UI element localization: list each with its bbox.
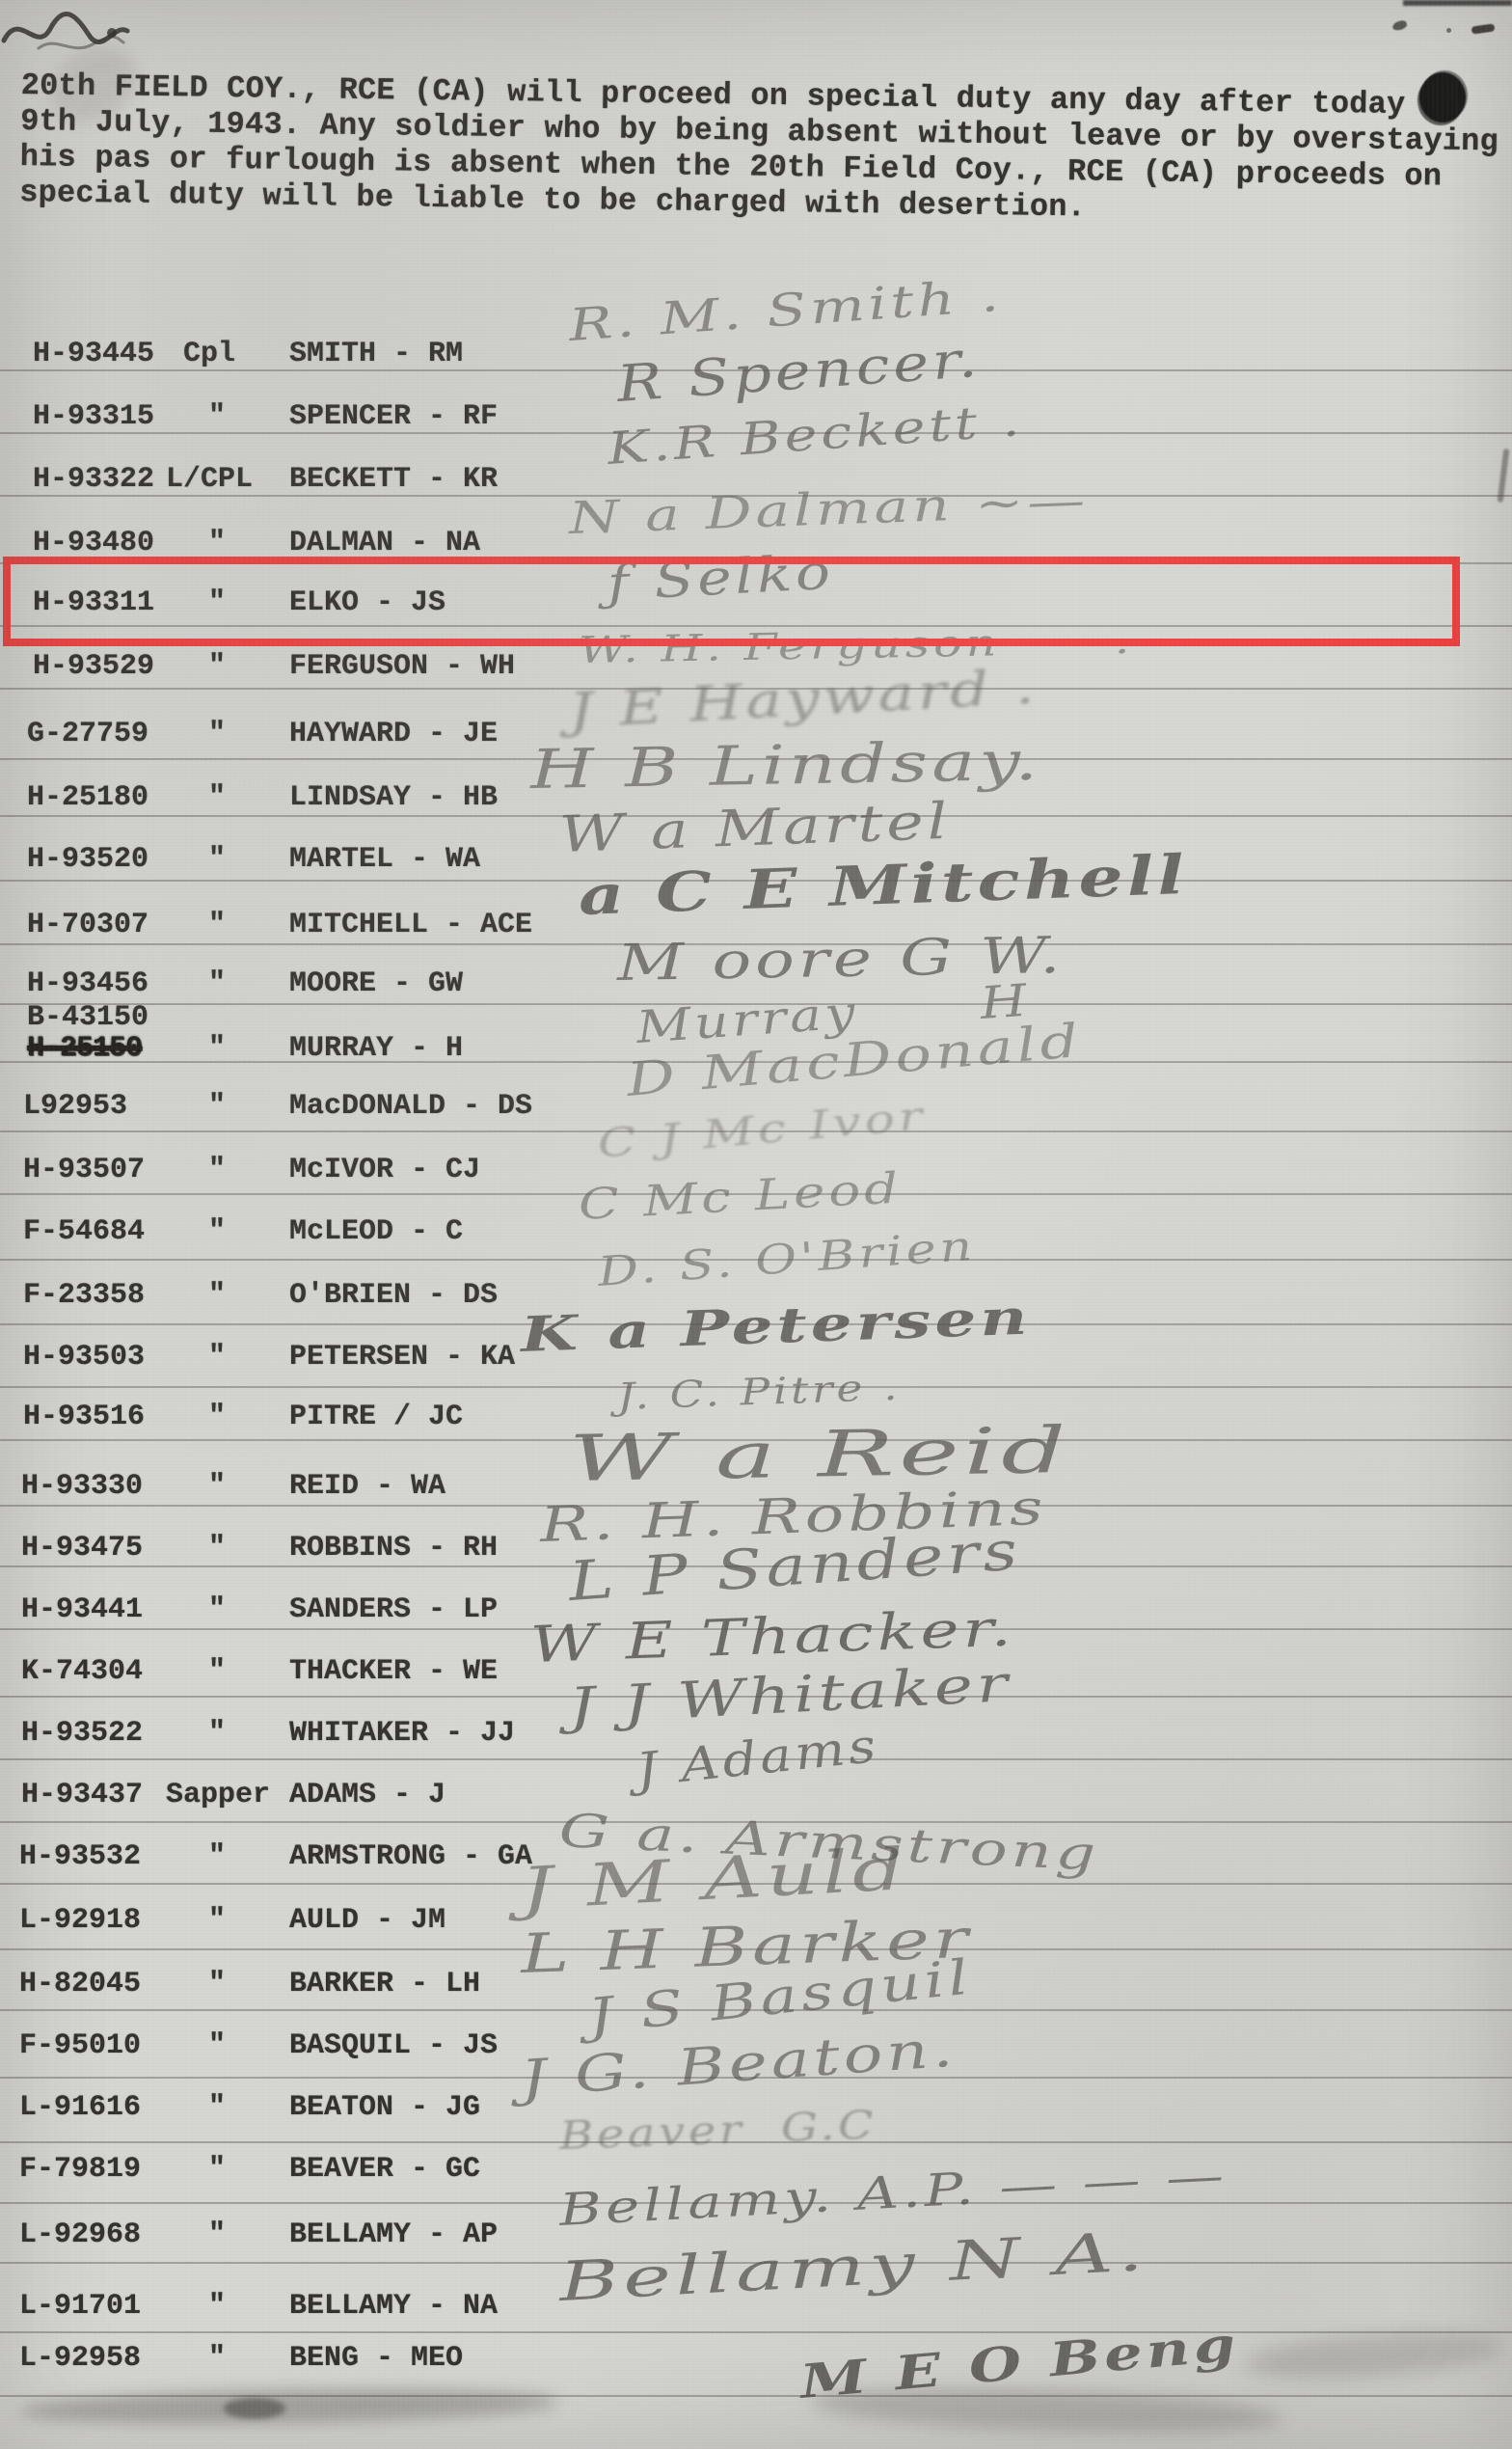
ditto-mark: "	[208, 1532, 226, 1565]
ink-blob-mark	[1419, 72, 1466, 122]
service-number: H-93532	[19, 1840, 141, 1873]
soldier-name: BEAVER - GC	[289, 2153, 480, 2186]
ruled-line	[0, 2331, 1512, 2333]
service-number: F-95010	[19, 2029, 141, 2062]
ditto-mark: "	[208, 909, 226, 941]
service-number-correction: B-43150	[27, 1001, 148, 1034]
soldier-name: WHITAKER - JJ	[289, 1717, 515, 1750]
bottom-blot-mark	[224, 2398, 285, 2419]
soldier-name: BEATON - JG	[289, 2091, 480, 2124]
soldier-name: HAYWARD - JE	[289, 718, 498, 750]
soldier-name: SANDERS - LP	[289, 1593, 498, 1626]
soldier-name: LINDSAY - HB	[289, 781, 498, 814]
soldier-name: BECKETT - KR	[289, 463, 498, 496]
service-number: L-92918	[19, 1904, 141, 1937]
service-number: H-93475	[21, 1532, 143, 1565]
soldier-name: THACKER - WE	[289, 1655, 498, 1688]
bottom-smudge-mark	[19, 2385, 560, 2428]
soldier-name: PITRE / JC	[289, 1401, 463, 1433]
soldier-name: SPENCER - RF	[289, 400, 498, 433]
service-number: H-25180	[27, 781, 148, 814]
ditto-mark: "	[208, 2091, 226, 2124]
service-number: H-93445	[33, 338, 154, 370]
service-number: H-93507	[23, 1154, 145, 1186]
ditto-mark: "	[208, 2218, 226, 2251]
ditto-mark: "	[208, 1401, 226, 1433]
ditto-mark: "	[208, 1341, 226, 1374]
soldier-name: AULD - JM	[289, 1904, 445, 1937]
order-paragraph: 20th FIELD COY., RCE (CA) will proceed o…	[19, 68, 1512, 231]
ditto-mark: "	[208, 967, 226, 1000]
ditto-mark: "	[208, 781, 226, 814]
service-number: L-91701	[19, 2290, 141, 2323]
service-number: H-93522	[21, 1717, 143, 1750]
soldier-name: REID - WA	[289, 1470, 445, 1503]
scanned-document-page: 20th FIELD COY., RCE (CA) will proceed o…	[0, 0, 1512, 2449]
soldier-name: MITCHELL - ACE	[289, 909, 532, 941]
soldier-name: BELLAMY - AP	[289, 2218, 498, 2251]
rank-label: Cpl	[183, 338, 235, 370]
ditto-mark: "	[208, 1840, 226, 1873]
ditto-mark: "	[208, 1470, 226, 1503]
ditto-mark: "	[208, 1215, 226, 1248]
soldier-name: BARKER - LH	[289, 1968, 480, 2000]
soldier-name: FERGUSON - WH	[289, 650, 515, 683]
soldier-name: DALMAN - NA	[289, 527, 480, 559]
ditto-mark: "	[208, 1904, 226, 1937]
ditto-mark: "	[208, 2342, 226, 2375]
service-number: F-79819	[19, 2153, 141, 2186]
service-number: H-70307	[27, 909, 148, 941]
service-number: F-23358	[23, 1279, 145, 1312]
service-number: L-92958	[19, 2342, 141, 2375]
service-number: H-93480	[33, 527, 154, 559]
soldier-name: ARMSTRONG - GA	[289, 1840, 532, 1873]
signature: J. C. Pitre .	[616, 1366, 902, 1418]
soldier-name: McLEOD - C	[289, 1215, 463, 1248]
soldier-name: SMITH - RM	[289, 338, 463, 370]
signature: H B Lindsay.	[529, 730, 1041, 802]
service-number: H-25150	[27, 1032, 142, 1065]
pencil-tick-mark	[1391, 19, 1408, 32]
service-number: H-93322	[33, 463, 154, 496]
service-number: L-92968	[19, 2218, 141, 2251]
ditto-mark: "	[208, 718, 226, 750]
bottom-smudge-mark	[809, 2381, 1282, 2438]
ditto-mark: "	[208, 1968, 226, 2000]
service-number: H-93503	[23, 1341, 145, 1374]
rank-label: Sapper	[166, 1779, 270, 1811]
service-number: H-93437	[21, 1779, 143, 1811]
roster-row: L-91701"BELLAMY - NABellamy N A.	[0, 2290, 1512, 2328]
ditto-mark: "	[208, 2029, 226, 2062]
service-number: H-93330	[21, 1470, 143, 1503]
soldier-name: MARTEL - WA	[289, 843, 480, 876]
ditto-mark: "	[208, 1032, 226, 1065]
service-number: H-93315	[33, 400, 154, 433]
ditto-mark: "	[208, 2153, 226, 2186]
service-number: H-93441	[21, 1593, 143, 1626]
ditto-mark: "	[208, 1279, 226, 1312]
service-number: H-93516	[23, 1401, 145, 1433]
ditto-mark: "	[208, 650, 226, 683]
soldier-name: ADAMS - J	[289, 1779, 445, 1811]
soldier-name: O'BRIEN - DS	[289, 1279, 498, 1312]
ditto-mark: "	[208, 1593, 226, 1626]
ditto-mark: "	[208, 1655, 226, 1688]
soldier-name: BENG - MEO	[289, 2342, 463, 2375]
ditto-mark: "	[208, 1717, 226, 1750]
soldier-name: MacDONALD - DS	[289, 1090, 532, 1123]
soldier-name: PETERSEN - KA	[289, 1341, 515, 1374]
ditto-mark: "	[208, 1154, 226, 1186]
service-number: H-93456	[27, 967, 148, 1000]
top-edge-shadow	[1403, 0, 1512, 6]
soldier-name: MOORE - GW	[289, 967, 463, 1000]
soldier-name: ROBBINS - RH	[289, 1532, 498, 1565]
soldier-name: BELLAMY - NA	[289, 2290, 498, 2323]
soldier-name: BASQUIL - JS	[289, 2029, 498, 2062]
service-number: H-93520	[27, 843, 148, 876]
service-number: H-82045	[19, 1968, 141, 2000]
rank-label: L/CPL	[166, 463, 253, 496]
ditto-mark: "	[208, 843, 226, 876]
soldier-name: McIVOR - CJ	[289, 1154, 480, 1186]
ditto-mark: "	[208, 2290, 226, 2323]
ditto-mark: "	[208, 527, 226, 559]
service-number: H-93529	[33, 650, 154, 683]
service-number: K-74304	[21, 1655, 143, 1688]
pencil-dot-mark	[1446, 28, 1451, 33]
soldier-name: MURRAY - H	[289, 1032, 463, 1065]
service-number: L92953	[23, 1090, 127, 1123]
service-number: F-54684	[23, 1215, 145, 1248]
service-number: L-91616	[19, 2091, 141, 2124]
highlight-rectangle	[3, 557, 1460, 646]
pencil-dash-mark	[1471, 23, 1496, 34]
service-number: G-27759	[27, 718, 148, 750]
ditto-mark: "	[208, 1090, 226, 1123]
ditto-mark: "	[208, 400, 226, 433]
